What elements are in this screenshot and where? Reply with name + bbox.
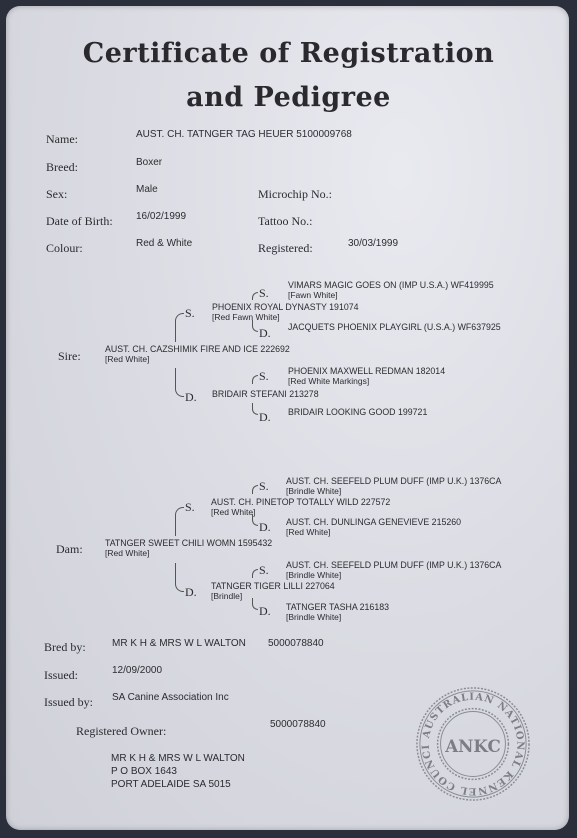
name-value: AUST. CH. TATNGER TAG HEUER 5100009768 (136, 129, 352, 140)
colour-value: Red & White (136, 238, 192, 249)
sire-sire-sire-name: VIMARS MAGIC GOES ON (IMP U.S.A.) WF4199… (288, 280, 494, 290)
issued-value: 12/09/2000 (112, 665, 162, 676)
d-mark: D. (259, 520, 271, 535)
name-label: Name: (46, 132, 78, 147)
sire-sire-name: PHOENIX ROYAL DYNASTY 191074 (212, 302, 359, 312)
pedigree-bracket (252, 320, 258, 332)
sire-dam-sire-name: PHOENIX MAXWELL REDMAN 182014 (288, 366, 445, 376)
dam-sire-mark: S. (185, 500, 195, 515)
s-mark: S. (259, 479, 269, 494)
dam-colour: [Red White] (105, 548, 149, 558)
pedigree-bracket (252, 403, 258, 415)
sire-dam-sire-colour: [Red White Markings] (288, 376, 369, 386)
pedigree-bracket (175, 563, 184, 592)
s-mark: S. (259, 369, 269, 384)
dam-dam-colour: [Brindle] (211, 591, 242, 601)
dam-dam-sire-name: AUST. CH. SEEFELD PLUM DUFF (IMP U.K.) 1… (286, 560, 501, 570)
svg-text:ANKC: ANKC (444, 736, 501, 756)
dam-label: Dam: (56, 542, 83, 557)
dam-dam-dam-colour: [Brindle White] (286, 612, 341, 622)
dam-sire-name: AUST. CH. PINETOP TOTALLY WILD 227572 (211, 497, 390, 507)
sire-dam-name: BRIDAIR STEFANI 213278 (212, 389, 319, 399)
sire-colour: [Red White] (105, 354, 149, 364)
sex-value: Male (136, 184, 158, 195)
ankc-seal-icon: AUSTRALIAN NATIONAL KENNEL COUNCIL ANKC (414, 685, 532, 803)
issued-by-value: SA Canine Association Inc (112, 692, 229, 703)
pedigree-bracket (175, 507, 184, 536)
owner-address-line2: P O BOX 1643 (111, 766, 177, 777)
issued-label: Issued: (44, 668, 78, 683)
dam-dam-mark: D. (185, 585, 197, 600)
dob-label: Date of Birth: (46, 214, 113, 229)
registered-value: 30/03/1999 (348, 238, 398, 249)
sire-label: Sire: (58, 349, 81, 364)
sire-sire-mark: S. (185, 306, 195, 321)
issued-by-label: Issued by: (44, 695, 93, 710)
owner-address-line1: MR K H & MRS W L WALTON (111, 753, 245, 764)
colour-label: Colour: (46, 241, 83, 256)
sire-dam-dam-name: BRIDAIR LOOKING GOOD 199721 (288, 407, 427, 417)
bred-by-number: 5000078840 (268, 638, 324, 649)
pedigree-bracket (175, 313, 184, 342)
sire-dam-mark: D. (185, 390, 197, 405)
d-mark: D. (259, 326, 271, 341)
breed-label: Breed: (46, 160, 78, 175)
dam-sire-sire-colour: [Brindle White] (286, 486, 341, 496)
registered-owner-number: 5000078840 (270, 719, 326, 730)
owner-address-line3: PORT ADELAIDE SA 5015 (111, 779, 231, 790)
bred-by-value: MR K H & MRS W L WALTON (112, 638, 246, 649)
tattoo-label: Tattoo No.: (258, 214, 313, 229)
s-mark: S. (259, 286, 269, 301)
sire-sire-sire-colour: [Fawn White] (288, 290, 338, 300)
pedigree-bracket (252, 514, 258, 526)
sire-sire-dam-name: JACQUETS PHOENIX PLAYGIRL (U.S.A.) WF637… (288, 322, 501, 332)
pedigree-bracket (252, 375, 258, 384)
dam-sire-colour: [Red White] (211, 507, 255, 517)
pedigree-bracket (252, 485, 258, 494)
pedigree-bracket (252, 569, 258, 578)
pedigree-bracket (252, 292, 258, 300)
dam-sire-dam-name: AUST. CH. DUNLINGA GENEVIEVE 215260 (286, 517, 461, 527)
pedigree-bracket (252, 598, 258, 610)
dam-sire-dam-colour: [Red White] (286, 527, 330, 537)
dam-dam-dam-name: TATNGER TASHA 216183 (286, 602, 389, 612)
dam-sire-sire-name: AUST. CH. SEEFELD PLUM DUFF (IMP U.K.) 1… (286, 476, 501, 486)
sire-name: AUST. CH. CAZSHIMIK FIRE AND ICE 222692 (105, 344, 290, 354)
pedigree-bracket (175, 368, 184, 397)
dam-dam-sire-colour: [Brindle White] (286, 570, 341, 580)
certificate-subtitle: and Pedigree (0, 82, 577, 113)
d-mark: D. (259, 410, 271, 425)
registered-label: Registered: (258, 241, 313, 256)
s-mark: S. (259, 563, 269, 578)
microchip-label: Microchip No.: (258, 187, 332, 202)
dob-value: 16/02/1999 (136, 211, 186, 222)
dam-dam-name: TATNGER TIGER LILLI 227064 (211, 581, 335, 591)
sire-sire-colour: [Red Fawn White] (212, 312, 280, 322)
d-mark: D. (259, 604, 271, 619)
dam-name: TATNGER SWEET CHILI WOMN 1595432 (105, 538, 272, 548)
registered-owner-label: Registered Owner: (76, 724, 166, 739)
sex-label: Sex: (46, 187, 67, 202)
certificate-title: Certificate of Registration (0, 38, 577, 69)
bred-by-label: Bred by: (44, 640, 86, 655)
breed-value: Boxer (136, 157, 162, 168)
